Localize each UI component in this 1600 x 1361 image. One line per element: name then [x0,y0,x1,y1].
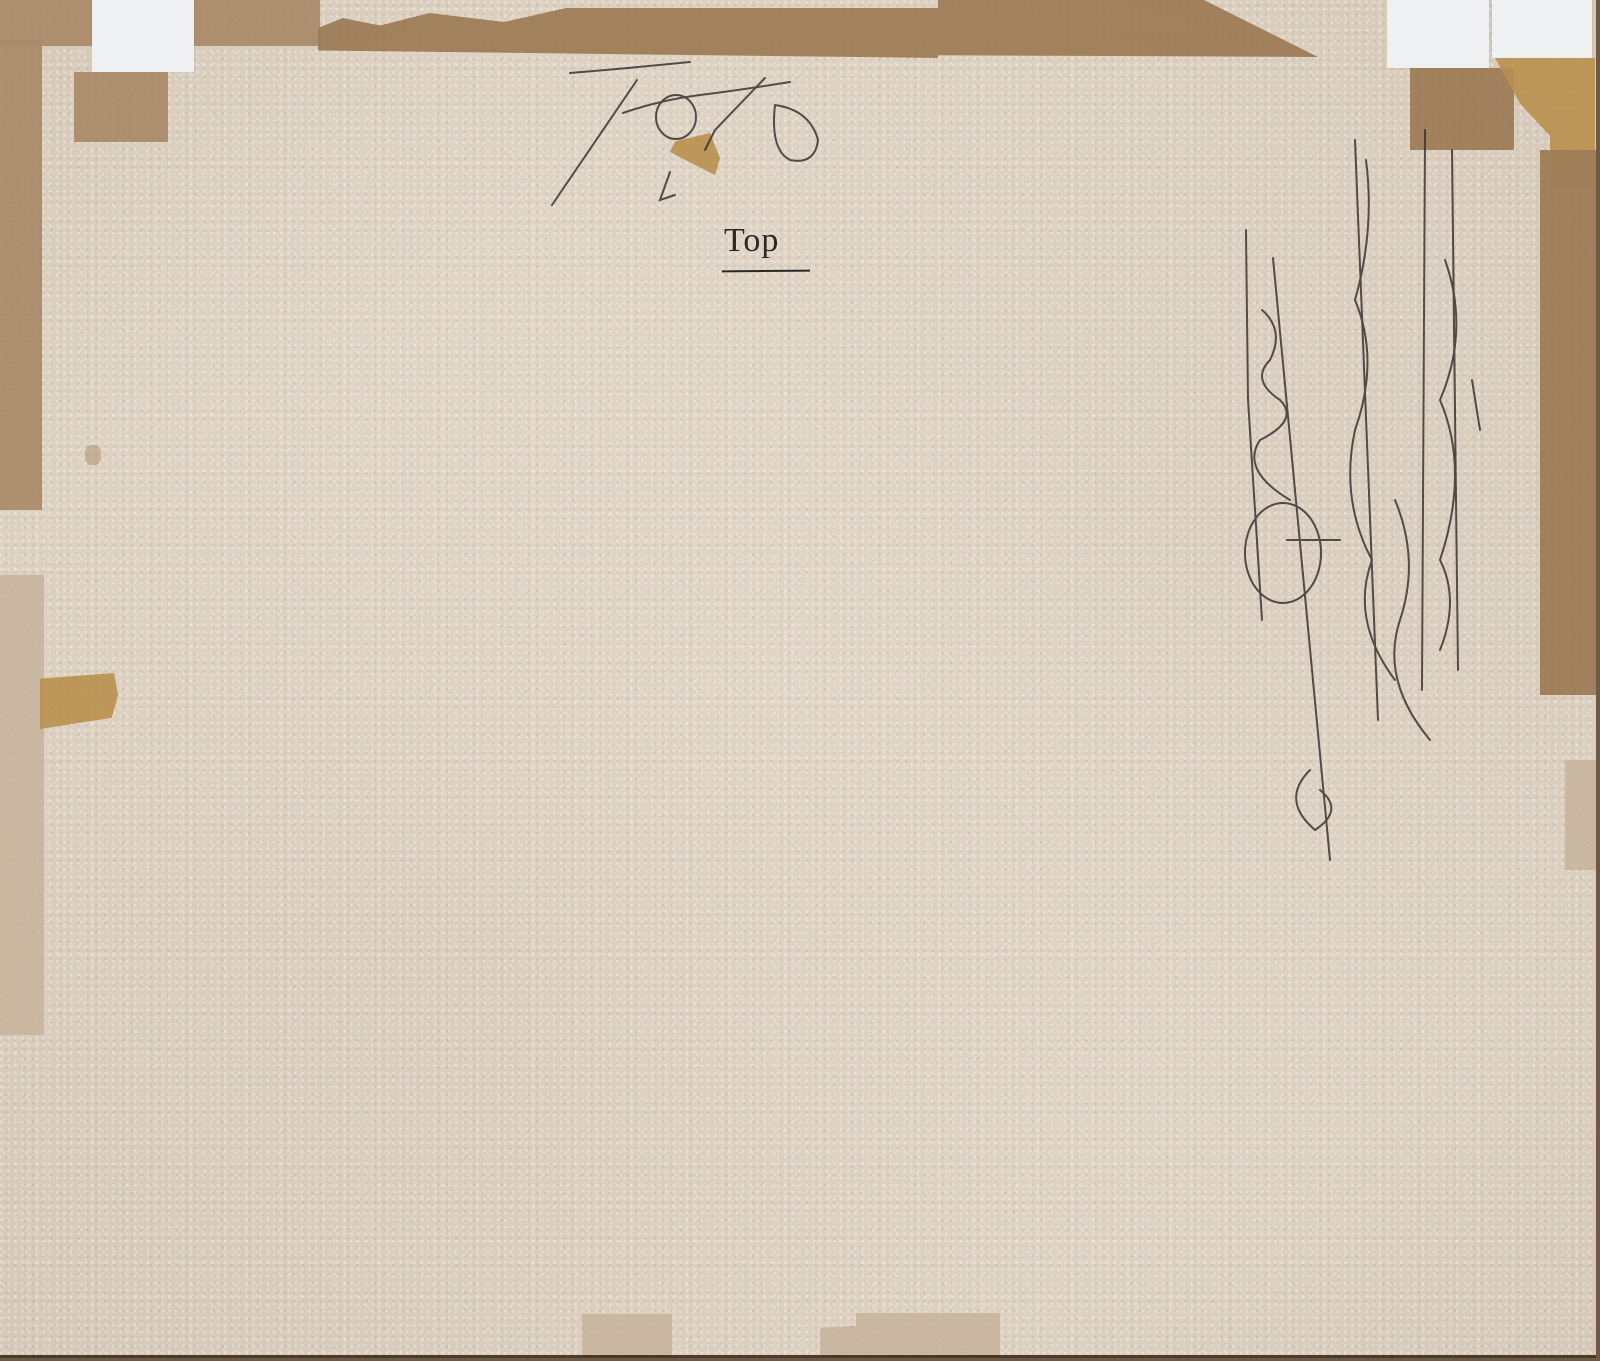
orientation-label: Top [724,222,779,260]
pencil-inscriptions [0,0,1600,1361]
watercolor-paper-back: Top [0,0,1596,1358]
